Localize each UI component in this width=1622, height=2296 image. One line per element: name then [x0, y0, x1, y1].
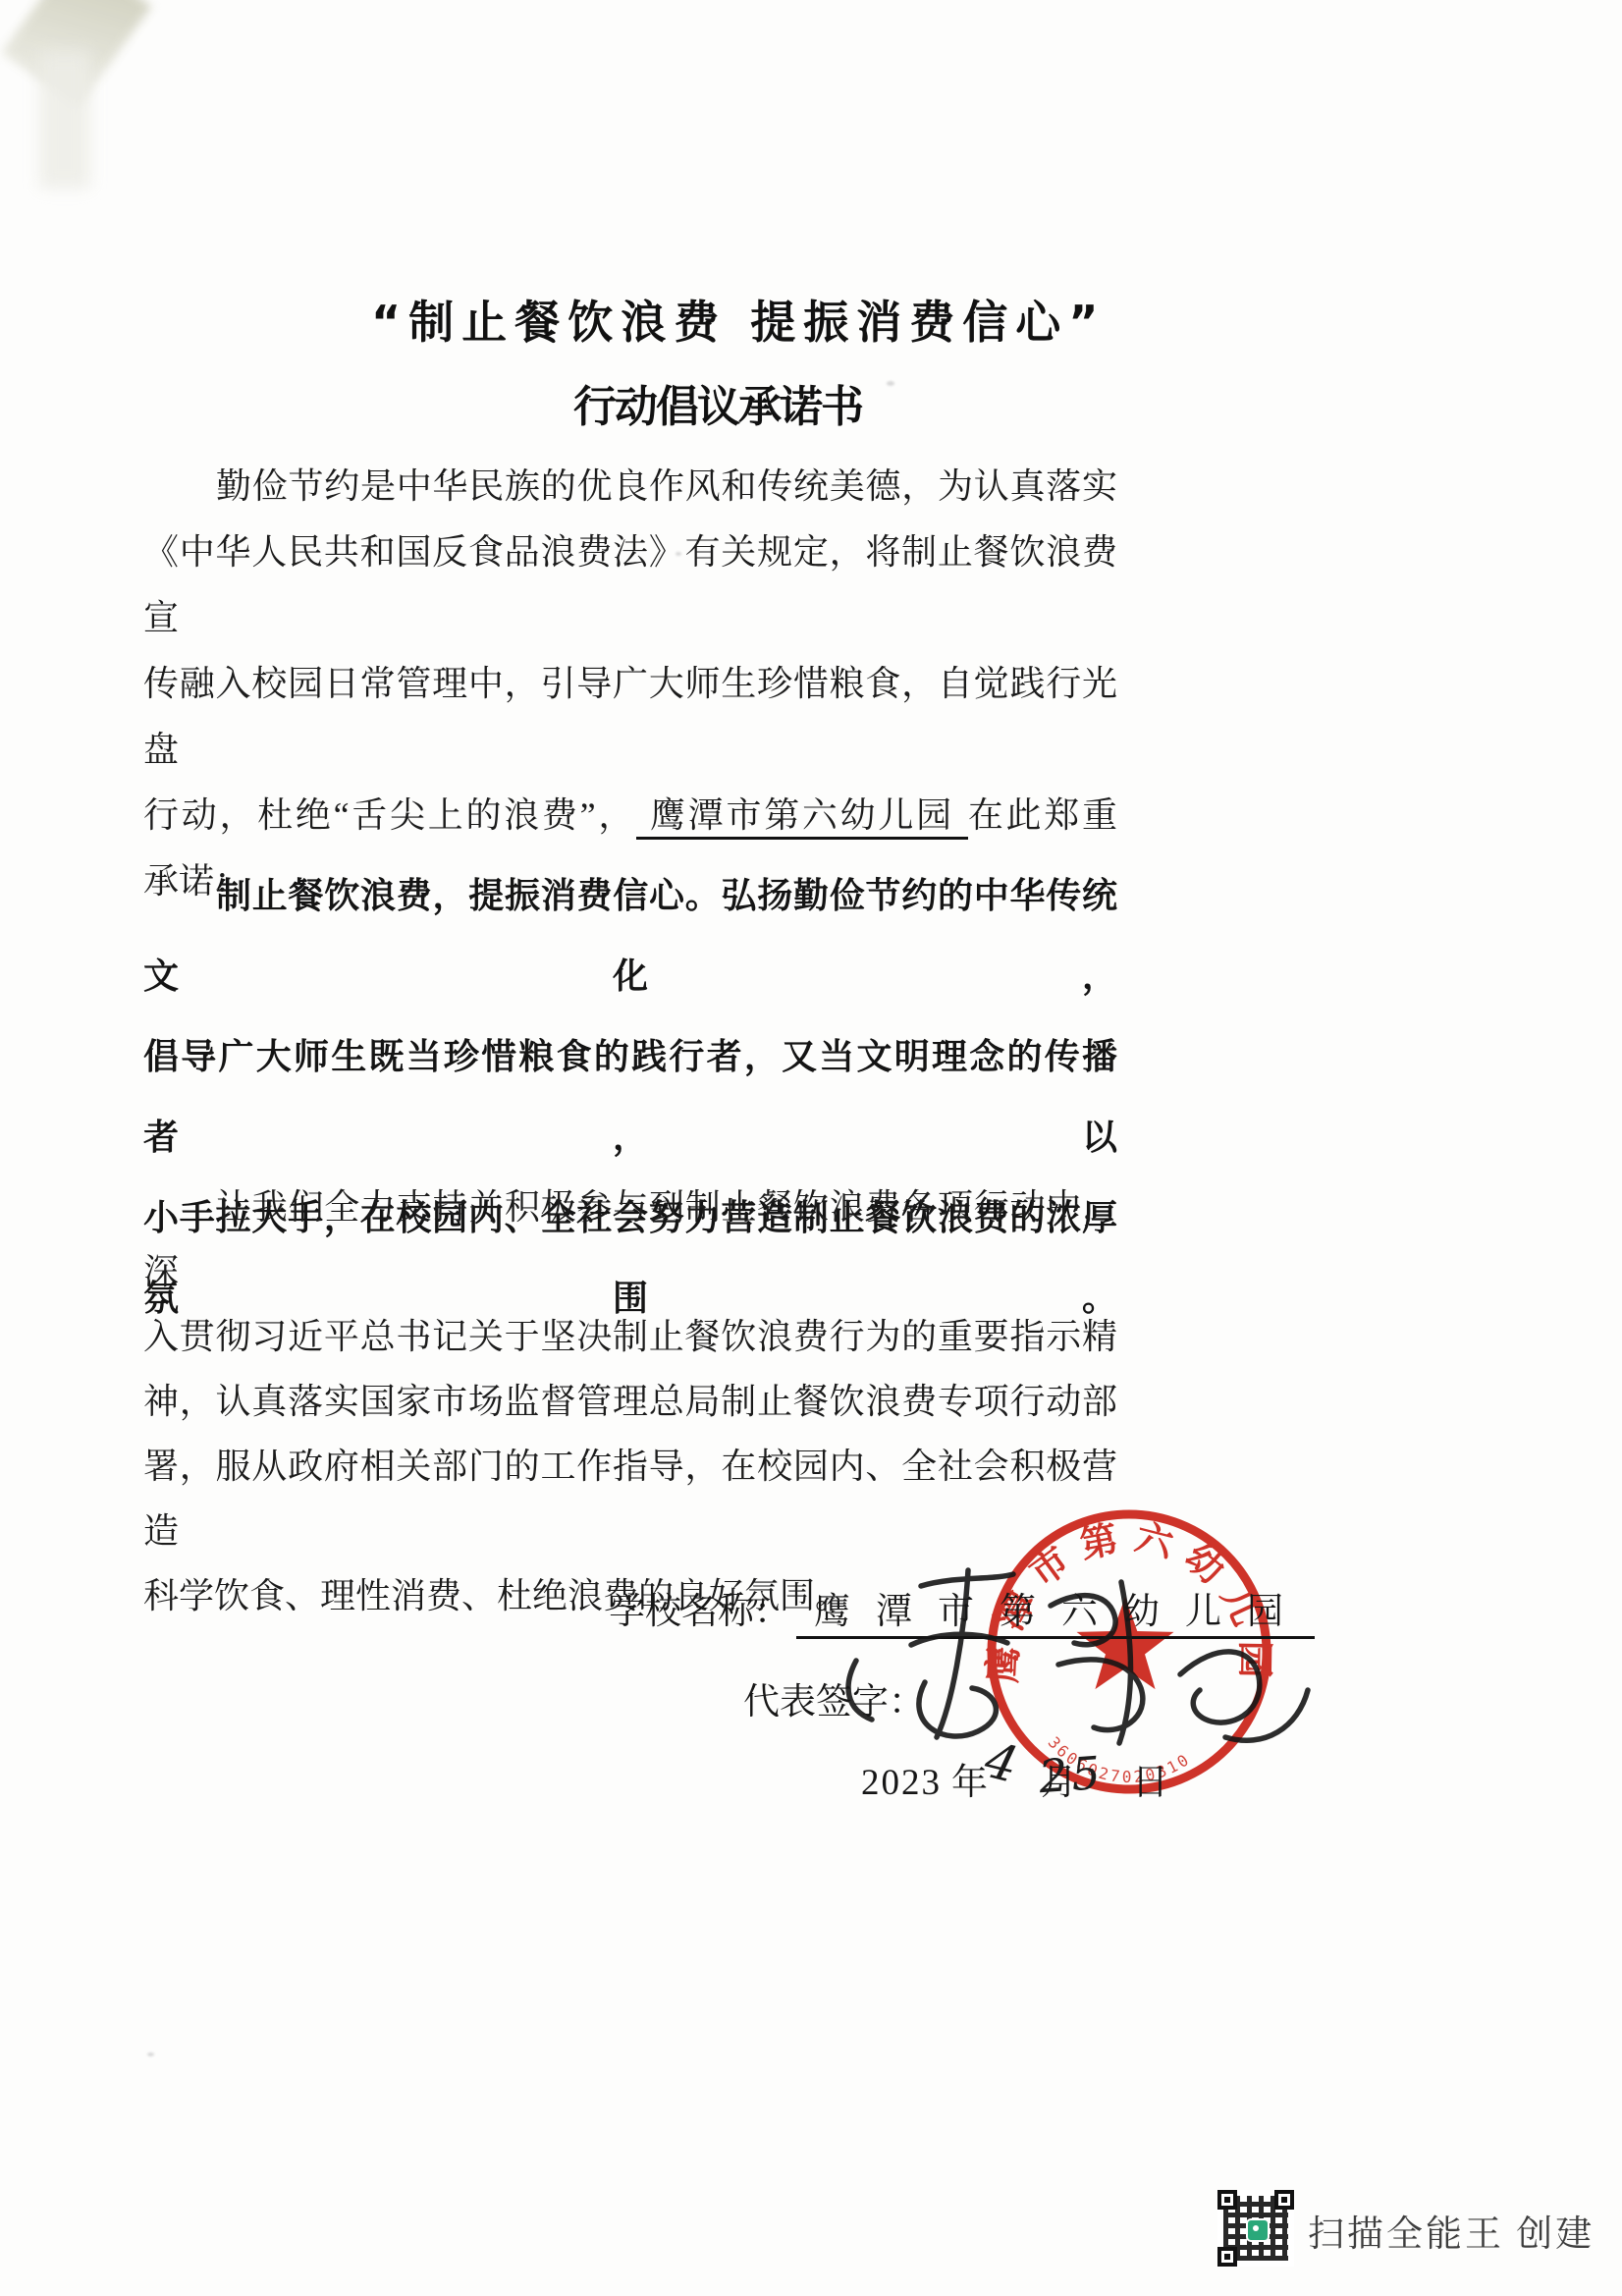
camscanner-logo-icon	[1246, 2218, 1270, 2242]
scan-speck	[147, 2052, 154, 2056]
school-name-label: 学校名称：	[609, 1592, 790, 1632]
qr-finder-icon	[1217, 2190, 1237, 2210]
school-name-underlined-inline: 鹰潭市第六幼儿园	[636, 795, 968, 840]
text-line: 神，认真落实国家市场监督管理总局制止餐饮浪费专项行动部	[143, 1369, 1117, 1434]
text-line: 勤俭节约是中华民族的优良作风和传统美德，为认真落实	[143, 454, 1117, 519]
text-line: 让我们全力支持并积极参与到制止餐饮浪费各项行动中，深	[143, 1175, 1117, 1304]
page-title-line1: “制止餐饮浪费 提振消费信心”	[371, 287, 1106, 352]
qr-finder-icon	[1274, 2190, 1294, 2210]
scan-artifact-corner	[2, 0, 152, 108]
scan-speck	[887, 381, 894, 386]
text-segment: 行动，杜绝“舌尖上的浪费”，	[143, 795, 636, 835]
text-segment: 在此郑重	[968, 795, 1117, 835]
text-line-with-blank: 行动，杜绝“舌尖上的浪费”，鹰潭市第六幼儿园在此郑重	[143, 783, 1117, 848]
text-line: 入贯彻习近平总书记关于坚决制止餐饮浪费行为的重要指示精	[143, 1304, 1117, 1369]
qr-finder-icon	[1217, 2247, 1237, 2267]
scanner-watermark-label: 扫描全能王 创建	[1308, 2204, 1595, 2257]
text-line: 倡导广大师生既当珍惜粮食的践行者，又当文明理念的传播者，以	[143, 1017, 1117, 1178]
text-line: 传融入校园日常管理中，引导广大师生珍惜粮食，自觉践行光盘	[143, 651, 1117, 783]
qr-code	[1217, 2190, 1294, 2267]
text-line: 《中华人民共和国反食品浪费法》有关规定，将制止餐饮浪费宣	[143, 519, 1117, 651]
text-line: 制止餐饮浪费，提振消费信心。弘扬勤俭节约的中华传统文化，	[143, 856, 1117, 1017]
paragraph-1: 勤俭节约是中华民族的优良作风和传统美德，为认真落实 《中华人民共和国反食品浪费法…	[143, 454, 1117, 914]
page-title-line2: 行动倡议承诺书	[573, 371, 862, 434]
scan-artifact-corner-2	[39, 51, 90, 189]
handwritten-signature	[805, 1525, 1355, 1780]
document-page: “制止餐饮浪费 提振消费信心” 行动倡议承诺书 勤俭节约是中华民族的优良作风和传…	[0, 0, 1622, 2296]
